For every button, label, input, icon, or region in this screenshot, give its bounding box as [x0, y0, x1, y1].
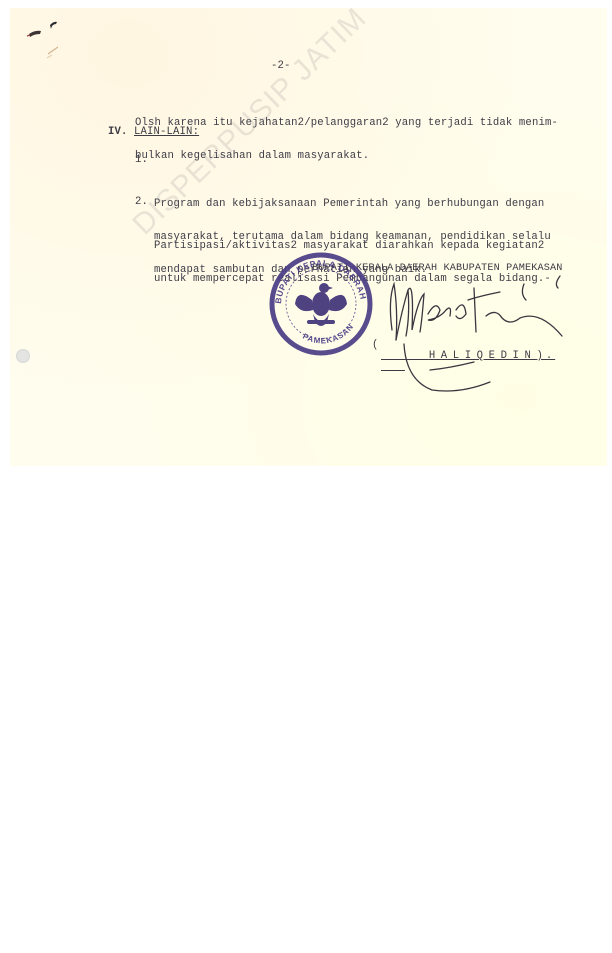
- section-number: IV.: [108, 127, 128, 138]
- paragraph: Olsh karena itu kejahatan2/pelanggaran2 …: [135, 96, 558, 184]
- svg-text:PAMEKASAN: PAMEKASAN: [301, 322, 355, 345]
- punch-hole: [16, 349, 30, 363]
- handwritten-signature-icon: [370, 270, 570, 400]
- page-number: -2-: [271, 61, 291, 72]
- list-item: 1. Program dan kebijaksanaan Pemerintah …: [135, 144, 161, 188]
- paragraph-line: bulkan kegelisahan dalam masyarakat.: [135, 151, 558, 162]
- list-item: 2. Partisipasi/aktivitas2 masyarakat dia…: [135, 186, 161, 230]
- signatory-name-suffix: ).: [536, 350, 555, 362]
- signatory-name-text: HALIQEDIN: [429, 350, 537, 362]
- section-title: LAIN-LAIN:: [134, 127, 199, 138]
- document-page: -2- Olsh karena itu kejahatan2/pelanggar…: [10, 8, 607, 466]
- ink-mark-icon: [18, 16, 58, 66]
- list-item-line: Program dan kebijaksanaan Pemerintah yan…: [154, 199, 551, 210]
- list-item-number: 2.: [135, 197, 148, 208]
- official-stamp-icon: BUPATI KEPALA DAERAH KABUPATEN PAMEKASAN: [267, 248, 375, 356]
- list-item-number: 1.: [135, 155, 148, 166]
- signatory-name: HALIQEDIN).: [381, 340, 555, 373]
